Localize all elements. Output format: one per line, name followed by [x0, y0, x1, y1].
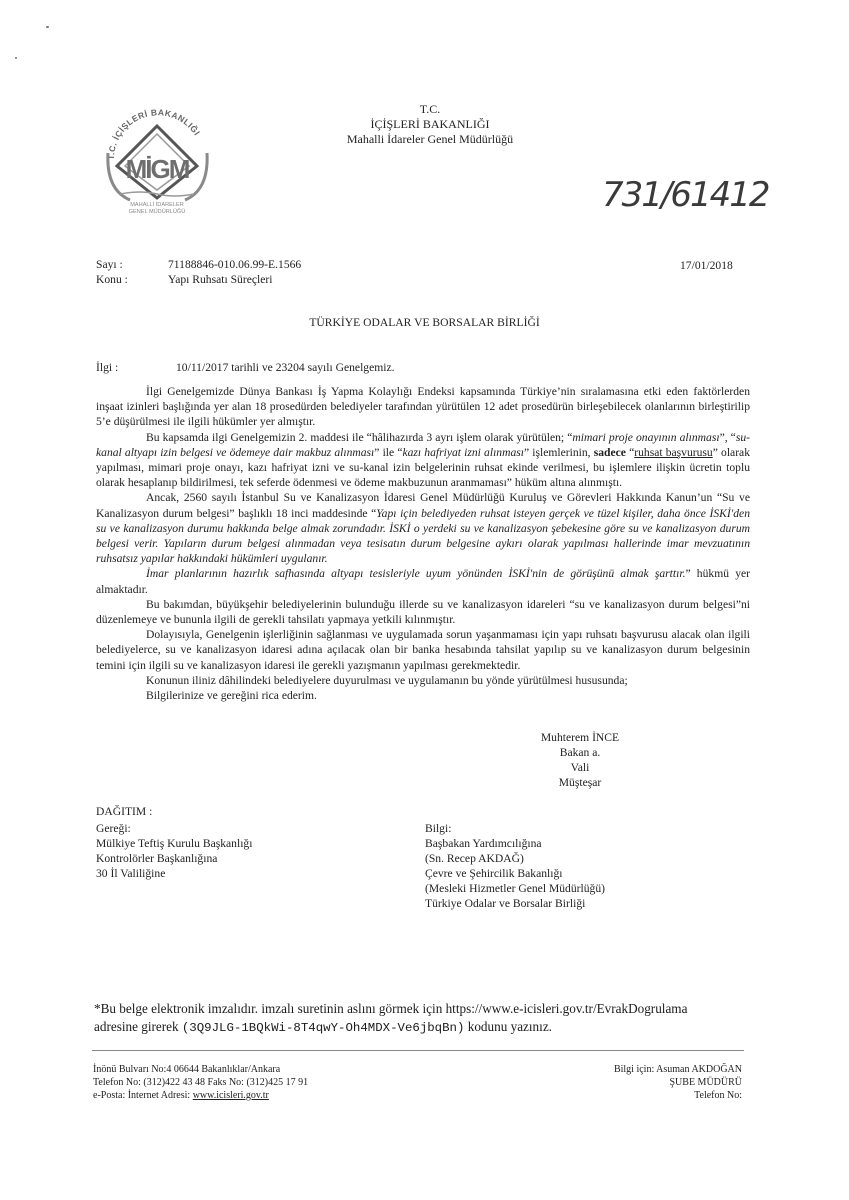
scan-speck	[46, 26, 49, 28]
list-item: Çevre ve Şehircilik Bakanlığı	[425, 866, 605, 881]
list-item: (Mesleki Hizmetler Genel Müdürlüğü)	[425, 881, 605, 896]
signatory-name: Muhterem İNCE	[520, 730, 640, 745]
signatory-line3: Vali	[520, 760, 640, 775]
document-meta: Sayı : 71188846-010.06.99-E.1566 Konu : …	[96, 257, 301, 287]
ministry-emblem-icon: T.C. İÇİŞLERİ BAKANLIĞI MİGM MAHALLİ İDA…	[100, 98, 215, 218]
gereği-label: Gereği:	[96, 821, 252, 836]
ministry-logo: T.C. İÇİŞLERİ BAKANLIĞI MİGM MAHALLİ İDA…	[100, 98, 215, 218]
ilgi-label: İlgi :	[96, 361, 176, 374]
signatory-line2: Bakan a.	[520, 745, 640, 760]
svg-text:T.C. İÇİŞLERİ BAKANLIĞI: T.C. İÇİŞLERİ BAKANLIĞI	[106, 107, 202, 160]
handwritten-number-icon: 731/61412	[596, 170, 806, 220]
paragraph-4: İmar planlarının hazırlık safhasında alt…	[96, 566, 750, 596]
handwritten-note: 731/61412	[596, 170, 806, 220]
e-signature-note: *Bu belge elektronik imzalıdır. imzalı s…	[94, 1000, 774, 1037]
recipient: TÜRKİYE ODALAR VE BORSALAR BİRLİĞİ	[0, 316, 849, 329]
ilgi-value: 10/11/2017 tarihli ve 23204 sayılı Genel…	[176, 361, 395, 374]
distribution-bilgi: Bilgi: Başbakan Yardımcılığına (Sn. Rece…	[425, 821, 605, 911]
bilgi-label: Bilgi:	[425, 821, 605, 836]
distribution-title: DAĞITIM :	[96, 805, 152, 818]
list-item: Kontrolörler Başkanlığına	[96, 851, 252, 866]
signatory-title: Müşteşar	[520, 775, 640, 790]
e-signature-line1: *Bu belge elektronik imzalıdır. imzalı s…	[94, 1000, 774, 1018]
list-item: (Sn. Recep AKDAĞ)	[425, 851, 605, 866]
sayi-value: 71188846-010.06.99-E.1566	[168, 257, 301, 272]
paragraph-3: Ancak, 2560 sayılı İstanbul Su ve Kanali…	[96, 490, 750, 566]
contact-person: Bilgi için: Asuman AKDOĞAN	[560, 1063, 742, 1076]
paragraph-6: Dolayısıyla, Genelgenin işlerliğinin sağ…	[96, 627, 750, 673]
list-item: 30 İl Valiliğine	[96, 866, 252, 881]
list-item: Mülkiye Teftiş Kurulu Başkanlığı	[96, 836, 252, 851]
paragraph-2: Bu kapsamda ilgi Genelgemizin 2. maddesi…	[96, 430, 750, 491]
svg-text:731/61412: 731/61412	[602, 175, 769, 215]
signature-block: Muhterem İNCE Bakan a. Vali Müşteşar	[520, 730, 640, 790]
letterhead: T.C. İÇİŞLERİ BAKANLIĞI Mahalli İdareler…	[300, 102, 560, 147]
konu-label: Konu :	[96, 272, 168, 287]
paragraph-1: İlgi Genelgemizde Dünya Bankası İş Yapma…	[96, 384, 750, 430]
footer-email: e-Posta: İnternet Adresi: www.icisleri.g…	[93, 1089, 308, 1102]
header-ministry: İÇİŞLERİ BAKANLIĞI	[300, 117, 560, 132]
header-directorate: Mahalli İdareler Genel Müdürlüğü	[300, 132, 560, 147]
distribution-gereği: Gereği: Mülkiye Teftiş Kurulu Başkanlığı…	[96, 821, 252, 881]
footer-contact-person: Bilgi için: Asuman AKDOĞAN ŞUBE MÜDÜRÜ T…	[560, 1063, 742, 1102]
e-signature-line2: adresine girerek (3Q9JLG-1BQkWi-8T4qwY-O…	[94, 1018, 774, 1037]
verification-code: (3Q9JLG-1BQkWi-8T4qwY-Oh4MDX-Ve6jbqBn)	[182, 1021, 465, 1035]
reference: İlgi : 10/11/2017 tarihli ve 23204 sayıl…	[96, 361, 395, 374]
sayi-label: Sayı :	[96, 257, 168, 272]
contact-phone: Telefon No:	[560, 1089, 742, 1102]
footer-divider	[92, 1050, 744, 1051]
logo-arc-text: T.C. İÇİŞLERİ BAKANLIĞI	[106, 107, 202, 160]
logo-sub-line2: GENEL MÜDÜRLÜĞÜ	[129, 208, 186, 215]
logo-monogram: MİGM	[126, 154, 189, 184]
document-date: 17/01/2018	[680, 259, 733, 272]
list-item: Türkiye Odalar ve Borsalar Birliği	[425, 896, 605, 911]
footer-address: İnönü Bulvarı No:4 06644 Bakanlıklar/Ank…	[93, 1063, 308, 1076]
paragraph-5: Bu bakımdan, büyükşehir belediyelerinin …	[96, 597, 750, 627]
footer-phone: Telefon No: (312)422 43 48 Faks No: (312…	[93, 1076, 308, 1089]
letter-body: İlgi Genelgemizde Dünya Bankası İş Yapma…	[96, 384, 750, 703]
logo-sub-line1: MAHALLİ İDARELER	[130, 201, 183, 208]
konu-value: Yapı Ruhsatı Süreçleri	[168, 272, 272, 287]
header-tc: T.C.	[300, 102, 560, 117]
paragraph-8: Bilgilerinize ve gereğini rica ederim.	[96, 688, 750, 703]
contact-title: ŞUBE MÜDÜRÜ	[560, 1076, 742, 1089]
website-link[interactable]: www.icisleri.gov.tr	[193, 1090, 269, 1101]
list-item: Başbakan Yardımcılığına	[425, 836, 605, 851]
footer-contact-address: İnönü Bulvarı No:4 06644 Bakanlıklar/Ank…	[93, 1063, 308, 1102]
paragraph-7: Konunun iliniz dâhilindeki belediyelere …	[96, 673, 750, 688]
scan-speck	[15, 57, 17, 59]
